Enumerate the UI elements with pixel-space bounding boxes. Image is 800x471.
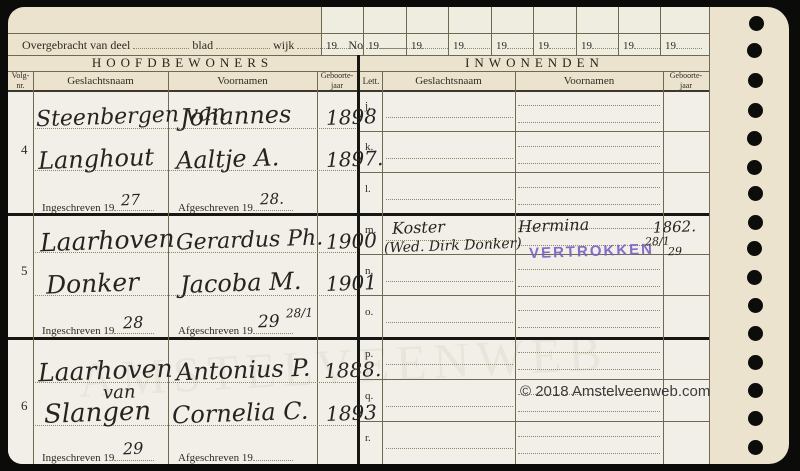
- letter-row-l: l.: [365, 183, 371, 195]
- handwritten-afgeschreven-datum: 28/1: [286, 307, 313, 320]
- punch-hole-icon: [747, 270, 762, 285]
- writing-line: [518, 203, 660, 205]
- year-cell: 19: [496, 38, 533, 52]
- section-title-inwonenden: INWONENDEN: [360, 56, 709, 70]
- register-card-paper: AMSTELVEENWEB Overgebracht van deel blad…: [8, 7, 789, 464]
- writing-line: [518, 186, 660, 188]
- writing-line: [518, 268, 660, 270]
- punch-hole-icon: [748, 103, 763, 118]
- year-cell: 19: [411, 38, 448, 52]
- transfer-label-wijk: wijk: [273, 38, 294, 52]
- year-column-line: [618, 7, 619, 55]
- fill-in-line: [379, 38, 405, 49]
- punch-hole-icon: [748, 215, 763, 230]
- fill-in-line: [133, 38, 189, 49]
- fill-in-line: [464, 38, 490, 49]
- handwritten-geslachtsnaam: Donker: [46, 269, 140, 297]
- column-header-geboorte-line1: Geboorte-: [670, 71, 702, 80]
- register-card-screenshot: { "labels": { "transfer_1": "Overgebrach…: [0, 0, 800, 471]
- writing-line: [518, 285, 660, 287]
- year-cell-label: 19: [453, 40, 464, 52]
- afgeschreven-row6: Afgeschreven 19: [178, 450, 293, 464]
- writing-line: [518, 351, 660, 353]
- year-cell: 19: [538, 38, 575, 52]
- handwritten-afgeschreven-jaar: 28.: [260, 192, 284, 208]
- fill-in-line: [253, 450, 293, 461]
- year-column-line: [533, 7, 534, 55]
- handwritten-voornamen: Aaltje A.: [176, 145, 280, 173]
- handwritten-ingeschreven-jaar: 29: [123, 441, 144, 458]
- writing-line: [386, 405, 513, 407]
- copyright-watermark: © 2018 Amstelveenweb.com: [520, 383, 710, 400]
- handwritten-geboortejaar: 1898: [326, 106, 378, 128]
- writing-line: [386, 363, 513, 365]
- volgnr-4: 4: [21, 142, 28, 158]
- year-cell: 19: [453, 38, 490, 52]
- year-cell-label: 19: [665, 40, 676, 52]
- handwritten-geboortejaar: 1901: [326, 272, 378, 294]
- row-divider: [360, 295, 710, 296]
- section-title-hoofdbewoners: HOOFDBEWONERS: [8, 56, 357, 70]
- handwritten-inwonende-voornamen: Hermina: [518, 217, 590, 235]
- handwritten-voornamen: Jacoba M.: [180, 269, 302, 297]
- punch-hole-icon: [748, 411, 763, 426]
- punch-hole-icon: [747, 131, 762, 146]
- column-header-geboorte-line2: jaar: [331, 81, 343, 90]
- handwritten-geslachtsnaam: Laarhoven: [38, 356, 173, 386]
- writing-line: [518, 162, 660, 164]
- punch-hole-icon: [748, 355, 763, 370]
- year-column-line: [576, 7, 577, 55]
- column-header-lett: Lett.: [360, 72, 382, 89]
- writing-line: [386, 321, 513, 323]
- punch-hole-icon: [748, 326, 763, 341]
- column-header-geboorte-line2: jaar: [680, 81, 692, 90]
- punch-hole-icon: [748, 383, 763, 398]
- year-cell-label: 19: [581, 40, 592, 52]
- row-divider: [360, 379, 710, 380]
- writing-line: [518, 104, 660, 106]
- volgnr-5: 5: [21, 263, 28, 279]
- handwritten-geboortejaar: 1888.: [324, 359, 382, 381]
- column-header-geboorte-line1: Geboorte-: [321, 71, 353, 80]
- fill-in-line: [634, 38, 660, 49]
- handwritten-geslachtsnaam: Laarhoven: [40, 226, 175, 256]
- writing-line: [386, 157, 513, 159]
- writing-line: [518, 309, 660, 311]
- year-cell: 19: [623, 38, 660, 52]
- ingeschreven-label: Ingeschreven 19: [42, 452, 114, 464]
- fill-in-line: [337, 38, 363, 49]
- grid-line: [8, 33, 710, 34]
- handwritten-inwonende-geslachtsnaam: Koster: [392, 219, 445, 237]
- fill-in-line: [422, 38, 448, 49]
- handwritten-afgeschreven-jaar: 29: [258, 314, 280, 332]
- column-header-geslachtsnaam-inwonenden: Geslachtsnaam: [382, 72, 515, 89]
- transfer-line: Overgebracht van deel blad wijk No: [22, 38, 424, 53]
- writing-line: [518, 410, 660, 412]
- writing-line: [518, 452, 660, 454]
- column-header-geboortejaar: Geboorte- jaar: [317, 72, 357, 89]
- fill-in-line: [592, 38, 618, 49]
- handwritten-voornamen: Antonius P.: [176, 356, 311, 385]
- handwritten-ingeschreven-jaar: 28: [123, 315, 144, 332]
- handwritten-voornamen: Gerardus Ph.: [176, 227, 324, 254]
- punch-hole-icon: [748, 186, 763, 201]
- letter-row-r: r.: [365, 432, 371, 444]
- fill-in-line: [549, 38, 575, 49]
- column-header-voornamen: Voornamen: [168, 72, 317, 89]
- writing-line: [518, 435, 660, 437]
- year-cell-label: 19: [623, 40, 634, 52]
- column-header-volgnr-line2: nr.: [16, 81, 24, 90]
- fill-in-line: [216, 38, 270, 49]
- writing-line: [518, 368, 660, 370]
- year-column-line: [448, 7, 449, 55]
- fill-in-line: [676, 38, 702, 49]
- handwritten-ingeschreven-jaar: 27: [121, 193, 141, 209]
- writing-line: [386, 198, 513, 200]
- year-cell-label: 19: [411, 40, 422, 52]
- handwritten-geboortejaar: 1897.: [326, 148, 384, 170]
- column-line: [663, 71, 664, 464]
- punch-hole-icon: [749, 16, 764, 31]
- handwritten-geslachtsnaam: Slangen: [44, 398, 152, 428]
- column-header-volgnr-line1: Volg-: [12, 71, 30, 80]
- year-cell-label: 19: [496, 40, 507, 52]
- year-cell-label: 19: [368, 40, 379, 52]
- punch-hole-icon: [747, 43, 762, 58]
- year-cell: 19: [581, 38, 618, 52]
- row-divider: [360, 172, 710, 173]
- year-cell-label: 19: [326, 40, 337, 52]
- handwritten-voornamen: Johannes: [180, 102, 292, 130]
- handwritten-geboortejaar: 1900: [326, 230, 378, 252]
- year-cell: 19: [368, 38, 405, 52]
- column-line: [515, 71, 516, 464]
- handwritten-inwonende-geboortejaar: 1862.: [653, 219, 696, 235]
- transfer-label-blad: blad: [192, 38, 213, 52]
- column-line: [317, 71, 318, 464]
- row-divider: [360, 421, 710, 422]
- column-header-voornamen-inwonenden: Voornamen: [515, 72, 663, 89]
- letter-row-o: o.: [365, 306, 373, 318]
- punch-hole-icon: [748, 440, 763, 455]
- column-header-geboortejaar-inwonenden: Geboorte- jaar: [663, 72, 709, 89]
- year-cell: 19: [326, 38, 363, 52]
- fill-in-line: [507, 38, 533, 49]
- handwritten-stamp-datum-onder: 29: [668, 246, 682, 257]
- writing-line: [386, 280, 513, 282]
- handwritten-voornamen: Cornelia C.: [172, 399, 309, 428]
- transfer-label-deel: Overgebracht van deel: [22, 38, 130, 52]
- afgeschreven-label: Afgeschreven 19: [178, 202, 253, 214]
- writing-line: [518, 121, 660, 123]
- row-divider: [360, 131, 710, 132]
- column-header-volgnr: Volg- nr.: [8, 72, 33, 89]
- column-line: [168, 71, 169, 464]
- volgnr-6: 6: [21, 398, 28, 414]
- punch-hole-icon: [747, 160, 762, 175]
- writing-line: [518, 326, 660, 328]
- year-cell: 19: [665, 38, 702, 52]
- column-line: [33, 71, 34, 464]
- writing-line: [386, 447, 513, 449]
- year-cell-label: 19: [538, 40, 549, 52]
- handwritten-stamp-datum-boven: 28/1: [645, 236, 670, 248]
- handwritten-geboortejaar: 1893: [326, 402, 378, 424]
- ingeschreven-label: Ingeschreven 19: [42, 202, 114, 214]
- ingeschreven-label: Ingeschreven 19: [42, 325, 114, 337]
- handwritten-geslachtsnaam: Langhout: [38, 145, 155, 173]
- punch-hole-icon: [748, 73, 763, 88]
- afgeschreven-label: Afgeschreven 19: [178, 325, 253, 337]
- writing-line: [518, 145, 660, 147]
- afgeschreven-label: Afgeschreven 19: [178, 452, 253, 464]
- punch-hole-icon: [748, 298, 763, 313]
- year-column-line: [660, 7, 661, 55]
- punch-hole-icon: [747, 241, 762, 256]
- column-header-geslachtsnaam: Geslachtsnaam: [33, 72, 168, 89]
- writing-line: [386, 116, 513, 118]
- column-line: [382, 71, 383, 464]
- year-column-line: [491, 7, 492, 55]
